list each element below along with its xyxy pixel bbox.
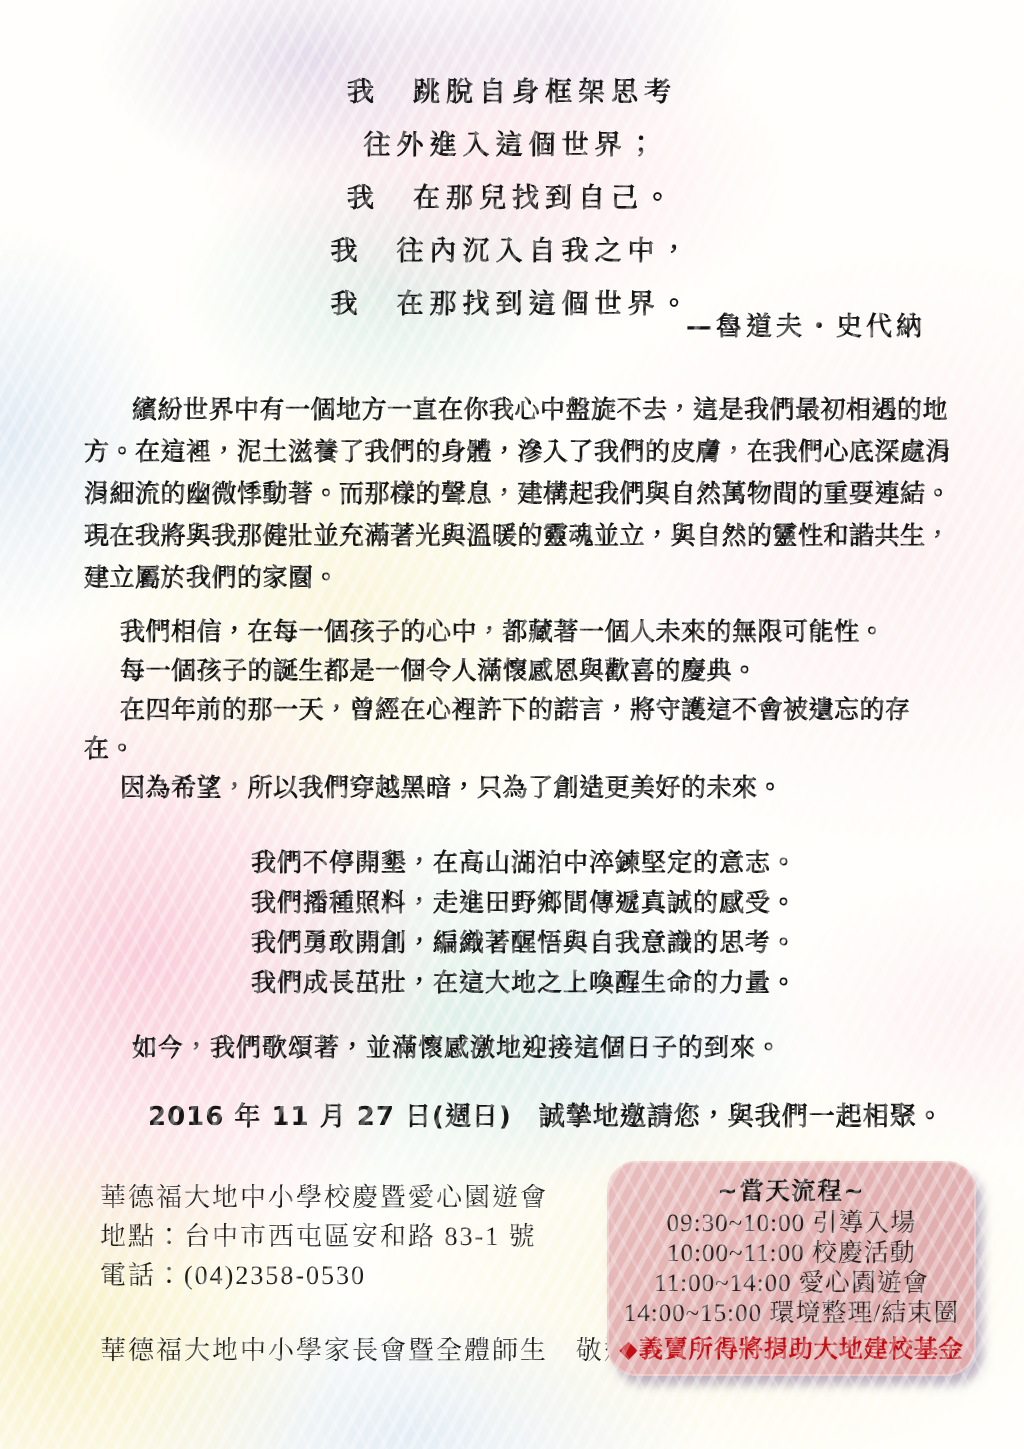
stanza-line: 我們勇敢開創，編織著醒悟與自我意識的思考。 <box>251 923 797 963</box>
event-contact-block: 華德福大地中小學校慶暨愛心園遊會 地點：台中市西屯區安和路 83-1 號 電話：… <box>100 1178 548 1295</box>
schedule-row: 09:30~10:00 引導入場 <box>607 1209 976 1239</box>
invitation-date-line: 2016 年 11 月 27 日(週日) 誠摯地邀請您，與我們一起相聚。 <box>84 1096 1024 1133</box>
event-phone: 電話：(04)2358-0530 <box>100 1256 548 1295</box>
stanza-line: 我們成長茁壯，在這大地之上喚醒生命的力量。 <box>251 963 797 1003</box>
beliefs-line: 我們相信，在每一個孩子的心中，都藏著一個人未來的無限可能性。 <box>84 612 964 651</box>
schedule-activity: 引導入場 <box>812 1210 916 1237</box>
schedule-box: ~當天流程~ 09:30~10:00 引導入場 10:00~11:00 校慶活動… <box>607 1161 976 1376</box>
event-location: 地點：台中市西屯區安和路 83-1 號 <box>100 1217 548 1256</box>
poem-line: 我 跳脫自身框架思考 <box>0 66 1024 119</box>
closing-line: 如今，我們歌頌著，並滿懷感激地迎接這個日子的到來。 <box>84 1028 1024 1064</box>
intro-line: 涓細流的幽微悸動著。而那樣的聲息，建構起我們與自然萬物間的重要連結。 <box>84 473 964 515</box>
stanza-line: 我們播種照料，走進田野鄉間傳遞真誠的感受。 <box>251 883 797 923</box>
intro-line: 建立屬於我們的家園。 <box>84 557 964 599</box>
schedule-note: ◆義賣所得將捐助大地建校基金 <box>607 1333 976 1365</box>
schedule-activity: 校慶活動 <box>812 1240 916 1267</box>
schedule-note-text: 義賣所得將捐助大地建校基金 <box>639 1335 964 1363</box>
event-title: 華德福大地中小學校慶暨愛心園遊會 <box>100 1178 548 1217</box>
diamond-icon: ◆ <box>619 1335 638 1363</box>
schedule-title: ~當天流程~ <box>607 1175 976 1207</box>
intro-line: 現在我將與我那健壯並充滿著光與溫暖的靈魂並立，與自然的靈性和諧共生， <box>84 515 964 557</box>
invitation-letter-page: 我 跳脫自身框架思考 往外進入這個世界； 我 在那兒找到自己。 我 往內沉入自我… <box>0 0 1024 1449</box>
poem-line: 我 在那兒找到自己。 <box>0 172 1024 225</box>
schedule-row: 10:00~11:00 校慶活動 <box>607 1239 976 1269</box>
schedule-row: 11:00~14:00 愛心園遊會 <box>607 1269 976 1299</box>
beliefs-line: 在四年前的那一天，曾經在心裡許下的諾言，將守護這不會被遺忘的存 <box>84 690 964 729</box>
schedule-activity: 愛心園遊會 <box>799 1270 929 1297</box>
intro-line: 方。在這裡，泥土滋養了我們的身體，滲入了我們的皮膚，在我們心底深處涓 <box>84 431 964 473</box>
schedule-row: 14:00~15:00 環境整理/結束圈 <box>607 1299 976 1329</box>
schedule-time: 09:30~10:00 <box>667 1210 805 1237</box>
event-signoff: 華德福大地中小學家長會暨全體師生 敬邀 <box>100 1330 632 1367</box>
poem-line: 我 往內沉入自我之中， <box>0 225 1024 278</box>
intro-line: 繽紛世界中有一個地方一直在你我心中盤旋不去，這是我們最初相遇的地 <box>84 389 964 431</box>
beliefs-line: 在。 <box>84 729 964 768</box>
schedule-time: 14:00~15:00 <box>624 1300 762 1327</box>
poem: 我 跳脫自身框架思考 往外進入這個世界； 我 在那兒找到自己。 我 往內沉入自我… <box>0 66 1024 331</box>
stanza-line: 我們不停開墾，在高山湖泊中淬鍊堅定的意志。 <box>251 843 797 883</box>
schedule-time: 10:00~11:00 <box>667 1240 805 1267</box>
beliefs-line: 因為希望，所以我們穿越黑暗，只為了創造更美好的未來。 <box>84 768 964 807</box>
stanza: 我們不停開墾，在高山湖泊中淬鍊堅定的意志。 我們播種照料，走進田野鄉間傳遞真誠的… <box>251 843 797 1003</box>
poem-line: 往外進入這個世界； <box>0 119 1024 172</box>
intro-paragraph: 繽紛世界中有一個地方一直在你我心中盤旋不去，這是我們最初相遇的地 方。在這裡，泥… <box>84 389 964 599</box>
beliefs-line: 每一個孩子的誕生都是一個令人滿懷感恩與歡喜的慶典。 <box>84 651 964 690</box>
schedule-time: 11:00~14:00 <box>654 1270 792 1297</box>
schedule-activity: 環境整理/結束圈 <box>769 1300 959 1327</box>
beliefs-paragraph: 我們相信，在每一個孩子的心中，都藏著一個人未來的無限可能性。 每一個孩子的誕生都… <box>84 612 964 807</box>
poem-attribution: —魯道夫・史代納 <box>686 306 926 343</box>
